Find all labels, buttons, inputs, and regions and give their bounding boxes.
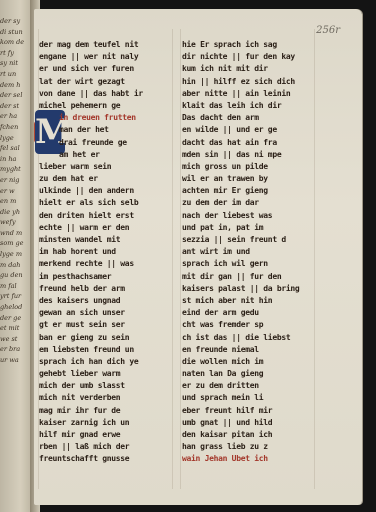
ruling-line (180, 29, 181, 489)
text-line: hin || hilff ez sich dich (182, 76, 312, 88)
text-line: kum ich nit mit dir (182, 63, 312, 75)
text-line: den driten hielt erst (39, 210, 169, 222)
text-line: im hab horent und (39, 246, 169, 258)
text-line: merkend rechte || was (39, 258, 169, 270)
text-line: st mich aber nit hin (182, 295, 312, 307)
text-line: klait das leih ich dir (182, 100, 312, 112)
text-line: cht was fremder sp (182, 319, 312, 331)
text-line: mag mir ihr fur de (39, 405, 169, 417)
ruling-line (172, 29, 173, 489)
text-line: zu dem der im dar (182, 197, 312, 209)
text-line: im pesthachsamer (39, 271, 169, 283)
text-line: dacht das hat ain fra (182, 137, 312, 149)
text-line: ch ist das || die liebst (182, 332, 312, 344)
text-line: und sprach mein li (182, 392, 312, 404)
text-line: sprach ich han dich ye (39, 356, 169, 368)
text-line: en freunde niemal (182, 344, 312, 356)
text-line: mich gross un pilde (182, 161, 312, 173)
text-line: gt er must sein ser (39, 319, 169, 331)
text-line: eber freunt hilf mir (182, 405, 312, 417)
ruling-line (314, 29, 315, 489)
text-line: am het er (39, 149, 169, 161)
text-line: die wollen mich im (182, 356, 312, 368)
facing-page-left: der sydi stunkom dert fysy nitrt undem h… (0, 0, 34, 512)
text-line: der mag dem teufel nit (39, 39, 169, 51)
text-column-right: hie Er sprach ich sag dir nichte || fur … (182, 39, 312, 466)
text-line: aber nitte || ain leinin (182, 88, 312, 100)
text-line: gewan an sich unser (39, 307, 169, 319)
text-line: lieber warm sein (39, 161, 169, 173)
text-line: mit dir gan || fur den (182, 271, 312, 283)
facing-page-text: der sydi stunkom dert fysy nitrt undem h… (0, 16, 32, 366)
text-column-left: der mag dem teufel nit engane || wer nit… (39, 39, 169, 466)
text-line: Das dacht den arm (182, 112, 312, 124)
text-line: achten mir Er gieng (182, 185, 312, 197)
text-line: wil er an trawen by (182, 173, 312, 185)
rubric-line: wain Jehan Ubet ich (182, 453, 312, 465)
text-line: em liebsten freund un (39, 344, 169, 356)
text-line: naten lan Da gieng (182, 368, 312, 380)
text-line: eind der arm gedu (182, 307, 312, 319)
text-line: er und sich ver furen (39, 63, 169, 75)
text-line: sezzia || sein freunt d (182, 234, 312, 246)
text-line: engane || wer nit naly (39, 51, 169, 63)
text-line: zu dem hat er (39, 173, 169, 185)
text-line: rben || laß mich der (39, 441, 169, 453)
text-line: hielt er als sich selb (39, 197, 169, 209)
text-line: und pat in, pat im (182, 222, 312, 234)
text-line: echte || warm er den (39, 222, 169, 234)
text-line: drai freunde ge (39, 137, 169, 149)
text-line: er zu dem dritten (182, 380, 312, 392)
text-line: en wilde || und er ge (182, 124, 312, 136)
text-line: ban er gieng zu sein (39, 332, 169, 344)
text-line: kaiser zarnig ich un (39, 417, 169, 429)
text-line: michel pehemern ge (39, 100, 169, 112)
manuscript-page: 256r M der mag dem teufel nit engane || … (34, 9, 362, 505)
text-line: mich nit verderben (39, 392, 169, 404)
text-line: mden sin || das ni mpe (182, 149, 312, 161)
text-line: minsten wandel mit (39, 234, 169, 246)
text-line: hie Er sprach ich sag (182, 39, 312, 51)
text-line: von dane || das habt ir (39, 88, 169, 100)
text-line: den kaisar pitan ich (182, 429, 312, 441)
rubric-line: in dreuen frutten (39, 112, 169, 124)
text-line: freuntschafft gnusse (39, 453, 169, 465)
text-line: lat der wirt gezagt (39, 76, 169, 88)
text-line: des kaisers ungnad (39, 295, 169, 307)
text-line: hilf mir gnad erwe (39, 429, 169, 441)
text-line: gehebt lieber warm (39, 368, 169, 380)
text-line: nach der liebest was (182, 210, 312, 222)
text-line: ulkinde || den andern (39, 185, 169, 197)
text-line: sprach ich wil gern (182, 258, 312, 270)
text-line: ant wirt im und (182, 246, 312, 258)
text-line: umb gnat || und hild (182, 417, 312, 429)
text-line: kaisers palast || da bring (182, 283, 312, 295)
text-line: freund helb der arm (39, 283, 169, 295)
text-line: dir nichte || fur den kay (182, 51, 312, 63)
text-line: han grass lieb zu z (182, 441, 312, 453)
text-line: man der het (39, 124, 169, 136)
text-line: mich der umb slasst (39, 380, 169, 392)
folio-number: 256r (316, 25, 340, 36)
